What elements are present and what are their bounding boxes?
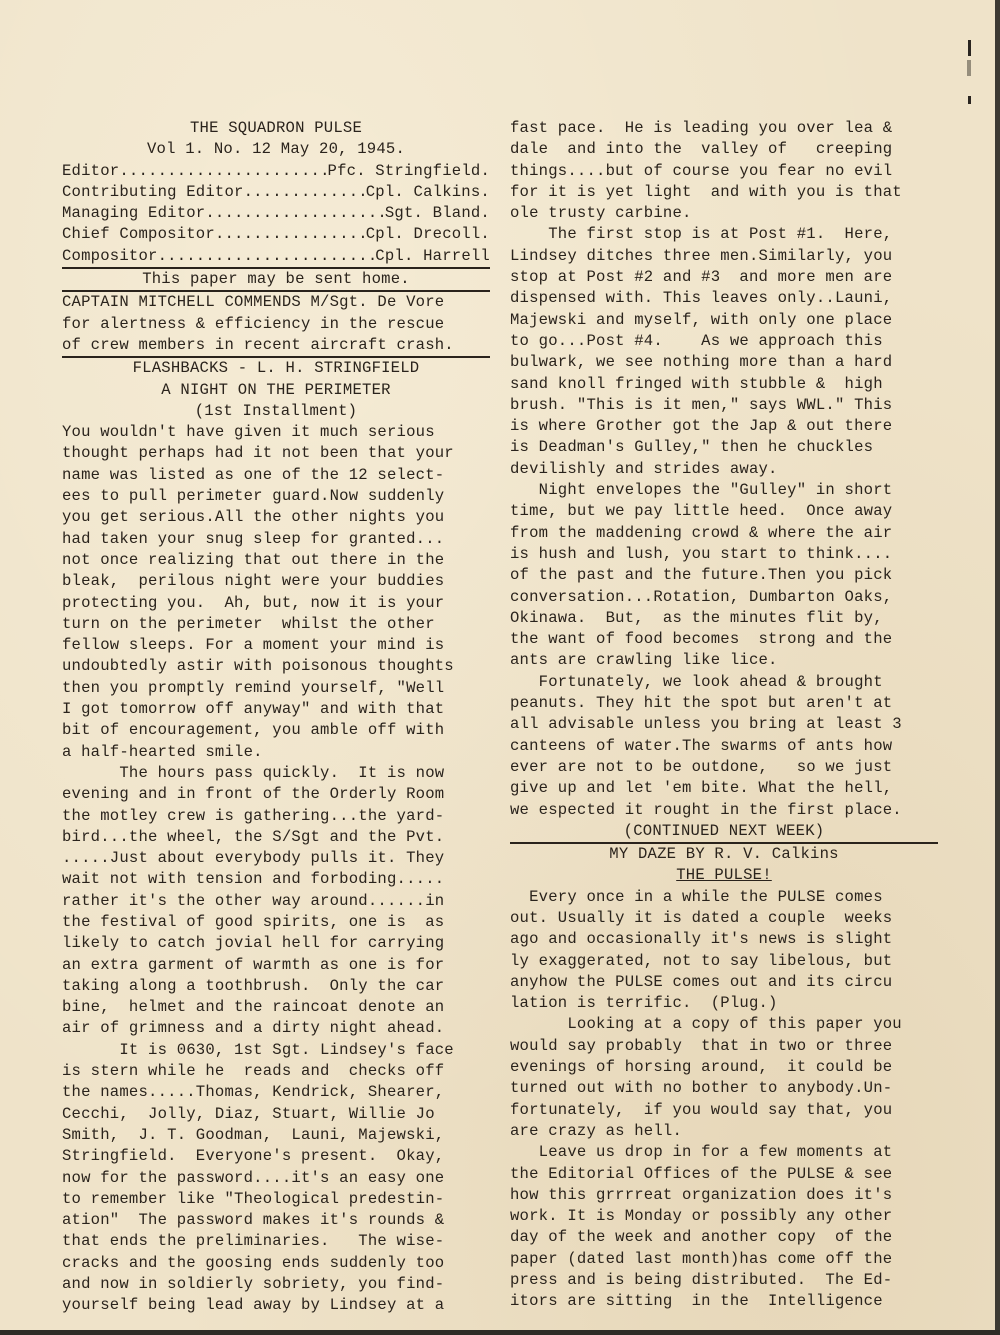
- margin-ink-marks: [962, 40, 976, 110]
- left-column: THE SQUADRON PULSE Vol 1. No. 12 May 20,…: [62, 118, 490, 1317]
- staff-row-managing-editor: Managing EditorSgt. Bland.: [62, 203, 490, 224]
- page-edge-right: [995, 0, 1000, 1335]
- staff-row-editor: EditorPfc. Stringfield.: [62, 161, 490, 182]
- commendation: CAPTAIN MITCHELL COMMENDS M/Sgt. De Vore…: [62, 292, 490, 356]
- article-subtitle: (1st Installment): [62, 401, 490, 422]
- section-heading: MY DAZE BY R. V. Calkins: [510, 844, 938, 865]
- staff-row-compositor: CompositorCpl. Harrell: [62, 246, 490, 267]
- article-title: A NIGHT ON THE PERIMETER: [62, 380, 490, 401]
- article-body-left: You wouldn't have given it much serious …: [62, 422, 490, 1316]
- notice: This paper may be sent home.: [62, 269, 490, 290]
- article-body-right: fast pace. He is leading you over lea & …: [510, 118, 938, 821]
- page-edge-bottom: [0, 1330, 1000, 1335]
- issue-line: Vol 1. No. 12 May 20, 1945.: [62, 139, 490, 160]
- masthead-title: THE SQUADRON PULSE: [62, 118, 490, 139]
- right-column: fast pace. He is leading you over lea & …: [510, 118, 938, 1313]
- article2-body: Every once in a while the PULSE comes ou…: [510, 887, 938, 1313]
- section-heading: FLASHBACKS - L. H. STRINGFIELD: [62, 358, 490, 379]
- staff-row-chief-compositor: Chief CompositorCpl. Drecoll.: [62, 224, 490, 245]
- newsletter-page: THE SQUADRON PULSE Vol 1. No. 12 May 20,…: [0, 0, 1000, 1335]
- continued-note: (CONTINUED NEXT WEEK): [510, 821, 938, 842]
- staff-box: EditorPfc. Stringfield. Contributing Edi…: [62, 161, 490, 267]
- staff-row-contributing-editor: Contributing EditorCpl. Calkins.: [62, 182, 490, 203]
- article-title: THE PULSE!: [510, 865, 938, 886]
